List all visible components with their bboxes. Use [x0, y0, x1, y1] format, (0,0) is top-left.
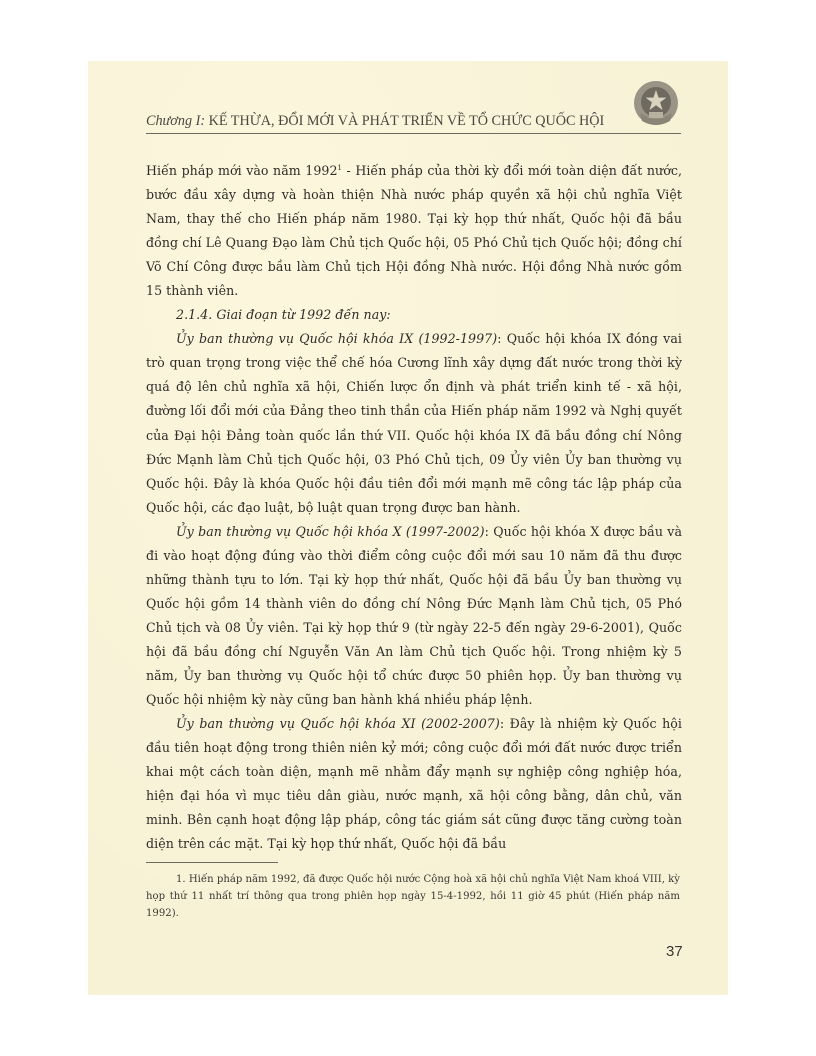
paragraph: Ủy ban thường vụ Quốc hội khóa XI (2002-… — [146, 712, 682, 856]
footnote-text: 1. Hiến pháp năm 1992, đã được Quốc hội … — [146, 871, 680, 923]
paragraph: Ủy ban thường vụ Quốc hội khóa X (1997-2… — [146, 520, 682, 712]
paragraph-lead: Ủy ban thường vụ Quốc hội khóa XI (2002-… — [176, 716, 500, 731]
paragraph: Ủy ban thường vụ Quốc hội khóa IX (1992-… — [146, 327, 682, 519]
section-heading: 2.1.4. Giai đoạn từ 1992 đến nay: — [146, 303, 682, 327]
header-rule — [146, 133, 681, 134]
footnote-rule — [146, 862, 278, 863]
paragraph: Hiến pháp mới vào năm 19921 - Hiến pháp … — [146, 159, 682, 303]
running-head: Chương I: KẾ THỪA, ĐỔI MỚI VÀ PHÁT TRIỂN… — [146, 113, 686, 130]
footnote: 1. Hiến pháp năm 1992, đã được Quốc hội … — [146, 871, 680, 923]
paragraph-lead: Ủy ban thường vụ Quốc hội khóa IX (1992-… — [176, 331, 497, 346]
chapter-title: KẾ THỪA, ĐỔI MỚI VÀ PHÁT TRIỂN VỀ TỔ CHỨ… — [205, 113, 604, 129]
national-emblem-icon — [632, 79, 680, 129]
book-page: Chương I: KẾ THỪA, ĐỔI MỚI VÀ PHÁT TRIỂN… — [88, 61, 728, 995]
page-number: 37 — [666, 943, 686, 960]
body-text: Hiến pháp mới vào năm 19921 - Hiến pháp … — [146, 159, 682, 856]
chapter-label: Chương I: — [146, 113, 205, 129]
paragraph-lead: Ủy ban thường vụ Quốc hội khóa X (1997-2… — [176, 524, 485, 539]
